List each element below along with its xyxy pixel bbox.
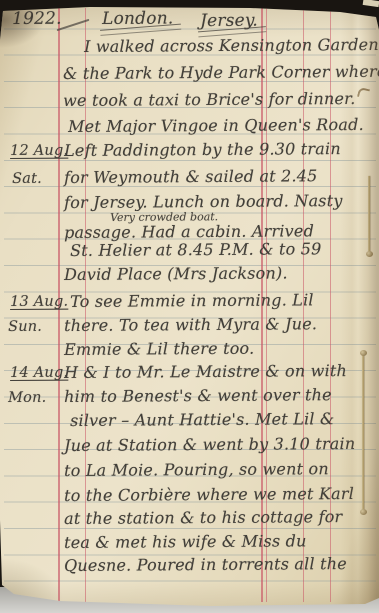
- diary-line: I walked across Kensington Gardens: [84, 35, 379, 57]
- diary-photo: 1922. London. Jersey. I walked across Ke…: [0, 0, 379, 613]
- place-label: London.: [102, 9, 173, 29]
- diary-line: at the station & to his cottage for: [64, 507, 342, 529]
- diary-line: we took a taxi to Brice's for dinner.: [63, 89, 356, 111]
- pin-head: [366, 251, 373, 257]
- diary-line: St. Helier at 8.45 P.M. & to 59: [70, 239, 322, 261]
- pin-head: [360, 350, 367, 356]
- diary-line: silver – Aunt Hattie's. Met Lil &: [70, 409, 334, 431]
- diary-line: Emmie & Lil there too.: [64, 339, 254, 360]
- diary-line: there. To tea with Myra & Jue.: [64, 314, 317, 336]
- year-heading: 1922.: [12, 9, 62, 29]
- diary-line: for Weymouth & sailed at 2.45: [64, 166, 318, 188]
- pin-artifact-top: [368, 176, 370, 254]
- diary-line: Met Major Vingoe in Queen's Road.: [68, 115, 364, 137]
- diary-line: Quesne. Poured in torrents all the: [64, 554, 347, 576]
- entry-date-label: 14 Aug.: [10, 363, 68, 383]
- diary-line: & the Park to Hyde Park Corner where: [63, 62, 379, 84]
- entry-day-label: Sat.: [12, 169, 42, 189]
- diary-page: 1922. London. Jersey. I walked across Ke…: [0, 0, 379, 613]
- diary-line: Left Paddington by the 9.30 train: [64, 139, 341, 161]
- pin-artifact-bottom: [362, 353, 364, 512]
- entry-date-label: 12 Aug.: [10, 141, 68, 161]
- pin-head: [360, 509, 367, 515]
- diary-line: David Place (Mrs Jackson).: [64, 263, 288, 285]
- diary-line: him to Benest's & went over the: [64, 385, 332, 407]
- place-heading-london: London.: [102, 9, 173, 29]
- entry-day-label: Mon.: [8, 388, 46, 408]
- diary-line: tea & met his wife & Miss du: [64, 531, 307, 553]
- diary-line: H & I to Mr. Le Maistre & on with: [64, 361, 347, 383]
- diary-line: To see Emmie in morning. Lil: [70, 290, 314, 312]
- underlying-page-corner: [363, 0, 379, 7]
- place-heading-jersey: Jersey.: [200, 11, 258, 31]
- place-label: Jersey.: [200, 11, 258, 31]
- diary-line: Jue at Station & went by 3.10 train: [64, 434, 355, 456]
- entry-date-label: 13 Aug.: [10, 292, 68, 312]
- diary-line: to La Moie. Pouring, so went on: [64, 459, 329, 481]
- diary-line: to the Corbière where we met Karl: [64, 484, 354, 506]
- entry-day-label: Sun.: [8, 317, 42, 337]
